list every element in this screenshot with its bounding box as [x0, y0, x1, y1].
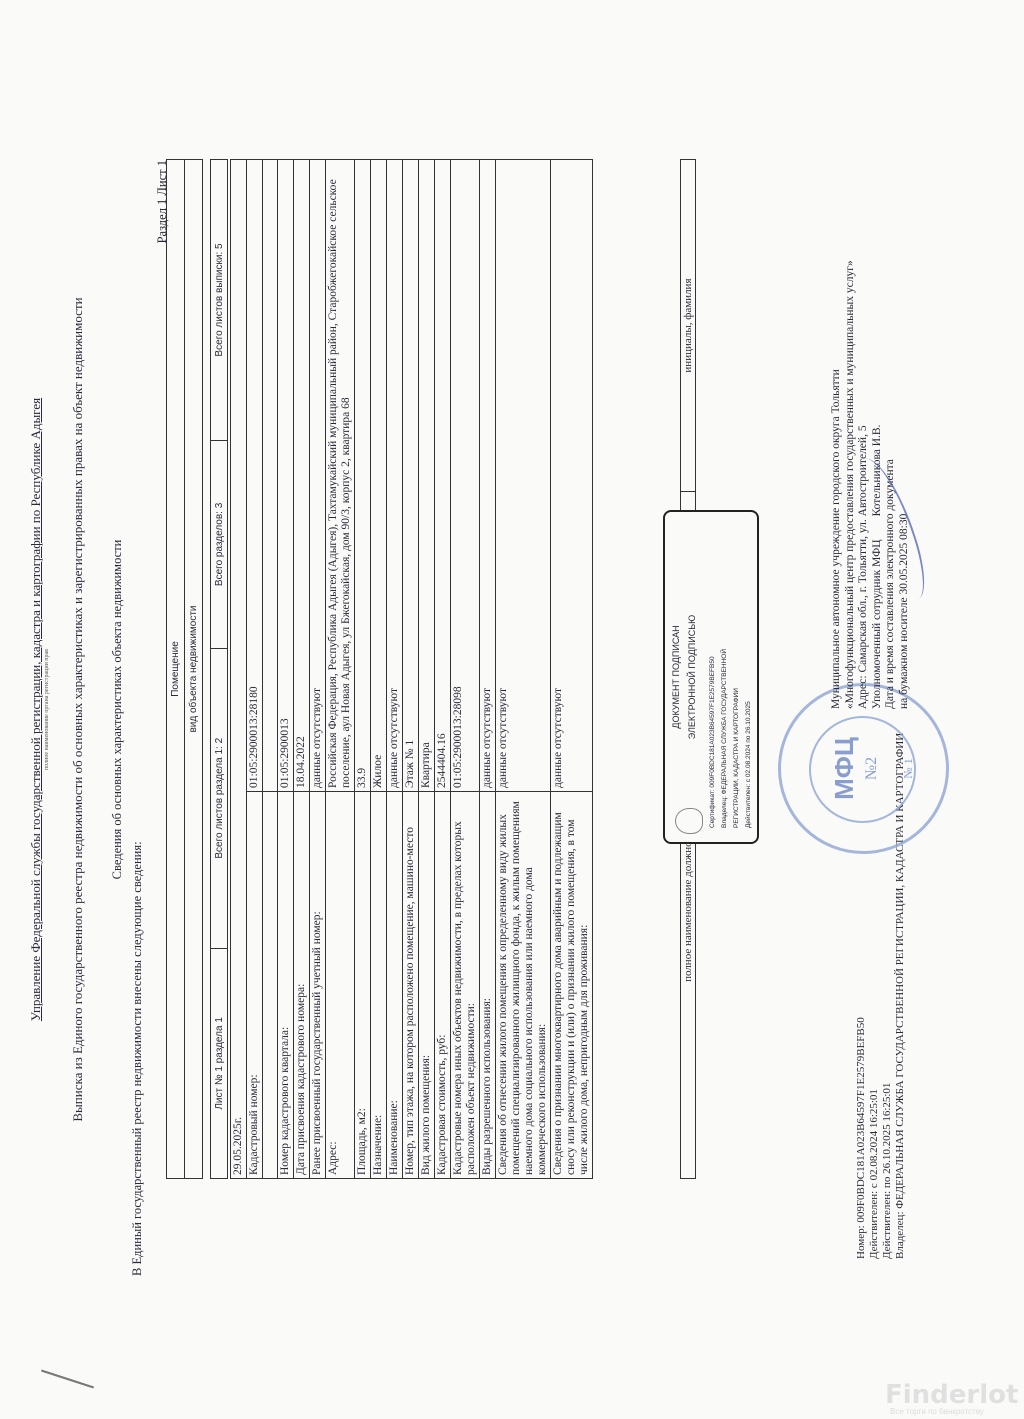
table-row: Вид жилого помещения:Квартира: [419, 160, 435, 1179]
total-sheets: Всего листов выписки: 5: [211, 160, 228, 441]
authority-caption: полное наименование органа регистрации п…: [44, 0, 50, 1419]
row-label: Площадь, м2:: [355, 792, 371, 1179]
row-value: 2544404.16: [435, 160, 451, 792]
row-label: Дата присвоения кадастрового номера:: [294, 792, 310, 1179]
esig-owner2: РЕГИСТРАЦИИ, КАДАСТРА И КАРТОГРАФИИ: [733, 688, 740, 828]
section-sheets: Всего листов раздела 1: 2: [211, 648, 228, 948]
row-value: 18.04.2022: [294, 160, 310, 792]
row-value: данные отсутствуют: [551, 160, 593, 792]
table-row: Сведения о признании многоквартирного до…: [551, 160, 593, 1179]
esig-subtitle: ЭЛЕКТРОННОЙ ПОДПИСЬЮ: [687, 512, 697, 842]
row-value: данные отсутствуют: [387, 160, 403, 792]
table-row: Номер кадастрового квартала:01:05:290001…: [278, 160, 294, 1179]
row-value: [263, 160, 278, 792]
table-row: Кадастровый номер:01:05:2900013:28180: [247, 160, 263, 1179]
sheet-number: Лист № 1 раздела 1: [211, 948, 228, 1178]
name-caption: инициалы, фамилия: [681, 160, 696, 492]
object-type-table: Помещение вид объекта недвижимости: [166, 159, 203, 1179]
esig-valid: Действителен: с 02.08.2024 по 26.10.2025: [745, 701, 752, 828]
table-row: Адрес:Российская Федерация, Республика А…: [326, 160, 355, 1179]
table-row: Назначение:Жилое: [371, 160, 387, 1179]
watermark-tagline: Все торги по банкротству: [890, 1407, 984, 1416]
row-label: Виды разрешенного использования:: [480, 792, 496, 1179]
rotated-document: Управление Федеральной службы государств…: [0, 0, 1024, 1419]
electronic-signature-box: ДОКУМЕНТ ПОДПИСАН ЭЛЕКТРОННОЙ ПОДПИСЬЮ С…: [663, 510, 759, 844]
characteristics-table: 29.05.2025г. Кадастровый номер:01:05:290…: [230, 159, 593, 1179]
table-row: Кадастровая стоимость, руб:2544404.16: [435, 160, 451, 1179]
row-value: 01:05:2900013: [278, 160, 294, 792]
row-label: Кадастровая стоимость, руб:: [435, 792, 451, 1179]
sheet-meta-table: Лист № 1 раздела 1 Всего листов раздела …: [210, 159, 228, 1179]
stamp-number: №2: [863, 686, 881, 851]
esig-owner: Владелец: ФЕДЕРАЛЬНАЯ СЛУЖБА ГОСУДАРСТВЕ…: [721, 649, 728, 828]
row-value: данные отсутствуют: [496, 160, 551, 792]
authority-title: Управление Федеральной службы государств…: [28, 0, 44, 1419]
table-row: Площадь, м2:33.9: [355, 160, 371, 1179]
watermark-logo: Finderlot: [885, 1380, 1018, 1410]
row-label: Номер, тип этажа, на котором расположено…: [403, 792, 419, 1179]
document-subtitle: Сведения об основных характеристиках объ…: [110, 0, 125, 1419]
table-row: Наименование:данные отсутствуют: [387, 160, 403, 1179]
object-type-caption: вид объекта недвижимости: [185, 160, 203, 1179]
row-value: Этаж № 1: [403, 160, 419, 792]
row-value: Российская Федерация, Республика Адыгея …: [326, 160, 355, 792]
object-type: Помещение: [167, 160, 185, 1179]
intro-text: В Единый государственный реестр недвижим…: [130, 841, 145, 1276]
esig-cert: Сертификат: 009F0BDC181A023B64597F1E2579…: [709, 656, 716, 828]
row-label: Кадастровый номер:: [247, 792, 263, 1179]
scanned-page: Управление Федеральной службы государств…: [0, 0, 1024, 1419]
row-value: Квартира: [419, 160, 435, 792]
row-label: Адрес:: [326, 792, 355, 1179]
row-value: 33.9: [355, 160, 371, 792]
table-row: Ранее присвоенный государственный учетны…: [310, 160, 326, 1179]
table-row: [263, 160, 278, 1179]
extract-date: 29.05.2025г.: [231, 160, 247, 1179]
row-value: Жилое: [371, 160, 387, 792]
row-label: Вид жилого помещения:: [419, 792, 435, 1179]
row-value: данные отсутствуют: [480, 160, 496, 792]
stamp-number-2: № 1: [901, 686, 916, 851]
row-label: Номер кадастрового квартала:: [278, 792, 294, 1179]
esig-title: ДОКУМЕНТ ПОДПИСАН: [671, 512, 681, 842]
table-row: Дата присвоения кадастрового номера:18.0…: [294, 160, 310, 1179]
row-value: 01:05:2900013:28098: [451, 160, 480, 792]
row-label: Сведения об отнесении жилого помещения к…: [496, 792, 551, 1179]
row-label: [263, 792, 278, 1179]
row-value: 01:05:2900013:28180: [247, 160, 263, 792]
table-row: Номер, тип этажа, на котором расположено…: [403, 160, 419, 1179]
row-label: Сведения о признании многоквартирного до…: [551, 792, 593, 1179]
stamp-title: МФЦ: [829, 686, 860, 851]
row-label: Ранее присвоенный государственный учетны…: [310, 792, 326, 1179]
mfc-org: Муниципальное автономное учреждение горо…: [830, 260, 844, 709]
row-value: данные отсутствуют: [310, 160, 326, 792]
mfc-datetime-value: на бумажном носителе 30.05.2025 08:30: [898, 260, 912, 709]
document-title: Выписка из Единого государственного реес…: [70, 0, 86, 1419]
table-row: Сведения об отнесении жилого помещения к…: [496, 160, 551, 1179]
total-sections: Всего разделов: 3: [211, 441, 228, 649]
table-row: Виды разрешенного использования:данные о…: [480, 160, 496, 1179]
row-label: Назначение:: [371, 792, 387, 1179]
row-label: Кадастровые номера иных объектов недвижи…: [451, 792, 480, 1179]
row-label: Наименование:: [387, 792, 403, 1179]
table-row: Кадастровые номера иных объектов недвижи…: [451, 160, 480, 1179]
